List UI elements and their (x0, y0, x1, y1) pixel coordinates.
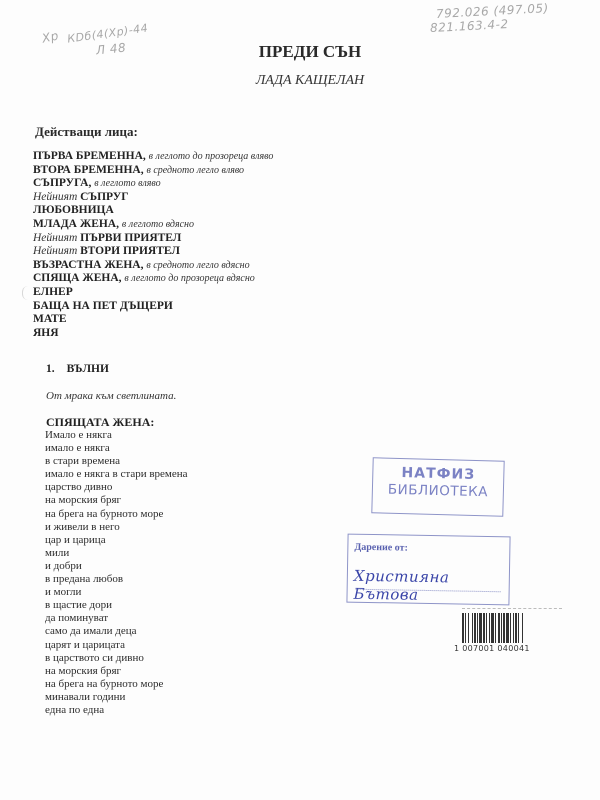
document-author: ЛАДА КАЩЕЛАН (0, 73, 600, 89)
library-stamp-line2: БИБЛИОТЕКА (373, 481, 503, 500)
cast-name: ЯНЯ (33, 327, 59, 339)
cast-name: ЛЮБОВНИЦА (33, 204, 114, 216)
verse-line: на морския бряг (45, 494, 188, 507)
verse-line: мили (45, 547, 188, 560)
cast-note: в леглото вдясно (122, 219, 194, 230)
scanned-document-page: Хр КDб(4(Хр)-44 Л 48 792.026 (497.05) 82… (0, 0, 600, 800)
donation-label: Дарение от: (354, 542, 408, 554)
verse-line: в царството си дивно (45, 652, 188, 665)
verse-lines: Имало е някгаимало е някгав стари времен… (45, 429, 188, 717)
verse-line: имало е някга (45, 442, 188, 455)
cast-item: МАТЕ (33, 313, 273, 327)
library-stamp-line1: НАТФИЗ (373, 464, 503, 483)
barcode-number: 1 007001 040041 (454, 644, 562, 653)
cast-name: ВЪЗРАСТНА ЖЕНА, (33, 259, 143, 271)
cast-heading: Действащи лица: (35, 124, 138, 140)
cast-item: СЪПРУГА, в леглото вляво (33, 177, 273, 191)
cast-prefix: Нейният (33, 245, 77, 257)
donation-stamp: Дарение от: Християна Бътова (346, 534, 510, 606)
verse-line: само да имали деца (45, 625, 188, 638)
cast-item: ЯНЯ (33, 327, 273, 341)
cast-name: ЕЛНЕР (33, 286, 73, 298)
barcode-icon (462, 613, 562, 643)
cast-item: Нейният ВТОРИ ПРИЯТЕЛ (33, 245, 273, 259)
cast-item: ВТОРА БРЕМЕННА, в средното легло вляво (33, 164, 273, 178)
cast-item: ВЪЗРАСТНА ЖЕНА, в средното легло вдясно (33, 259, 273, 273)
scan-edge-mark (22, 286, 29, 300)
scene-heading: 1.ВЪЛНИ (46, 363, 109, 375)
verse-line: имало е някга в стари времена (45, 468, 188, 481)
cast-list: ПЪРВА БРЕМЕННА, в леглото до прозореца в… (33, 150, 273, 340)
verse-line: и добри (45, 560, 188, 573)
cast-name: ПЪРВА БРЕМЕННА, (33, 150, 146, 162)
verse-line: на брега на бурното море (45, 508, 188, 521)
verse-line: в стари времена (45, 455, 188, 468)
verse-line: в щастие дори (45, 599, 188, 612)
cast-name: СПЯЩА ЖЕНА, (33, 272, 122, 284)
cast-name: МАТЕ (33, 313, 67, 325)
cast-name: ВТОРА БРЕМЕННА, (33, 164, 144, 176)
cast-name: МЛАДА ЖЕНА, (33, 218, 119, 230)
verse-line: минавали години (45, 691, 188, 704)
verse-line: и живели в него (45, 521, 188, 534)
cast-item: ЕЛНЕР (33, 286, 273, 300)
donor-signature: Християна Бътова (353, 567, 509, 606)
verse-line: една по една (45, 704, 188, 717)
cast-prefix: Нейният (33, 232, 77, 244)
cast-name: БАЩА НА ПЕТ ДЪЩЕРИ (33, 300, 173, 312)
cast-item: БАЩА НА ПЕТ ДЪЩЕРИ (33, 300, 273, 314)
cast-prefix: Нейният (33, 191, 77, 203)
verse-line: да поминуват (45, 612, 188, 625)
cast-note: в леглото вляво (94, 178, 160, 189)
cast-name: СЪПРУГ (80, 191, 128, 203)
handwritten-classification-2: 821.163.4-2 (430, 17, 509, 35)
verse-line: в предана любов (45, 573, 188, 586)
verse-line: и могли (45, 586, 188, 599)
speaker-name: СПЯЩАТА ЖЕНА: (46, 415, 154, 430)
verse-line: на брега на бурното море (45, 678, 188, 691)
document-title: ПРЕДИ СЪН (0, 42, 600, 62)
cast-item: Нейният ПЪРВИ ПРИЯТЕЛ (33, 232, 273, 246)
verse-line: цар и царица (45, 534, 188, 547)
verse-line: Имало е някга (45, 429, 188, 442)
cast-note: в леглото до прозореца вляво (149, 151, 274, 162)
cast-name: ПЪРВИ ПРИЯТЕЛ (80, 232, 181, 244)
cast-note: в леглото до прозореца вдясно (124, 273, 254, 284)
stage-direction: От мрака към светлината. (46, 390, 176, 402)
cast-item: ЛЮБОВНИЦА (33, 204, 273, 218)
cast-name: ВТОРИ ПРИЯТЕЛ (80, 245, 180, 257)
scene-title: ВЪЛНИ (67, 363, 109, 375)
cast-item: СПЯЩА ЖЕНА, в леглото до прозореца вдясн… (33, 272, 273, 286)
verse-line: царят и царицата (45, 639, 188, 652)
cast-name: СЪПРУГА, (33, 177, 91, 189)
library-stamp: НАТФИЗ БИБЛИОТЕКА (371, 457, 504, 516)
scene-number: 1. (46, 363, 55, 375)
cast-item: ПЪРВА БРЕМЕННА, в леглото до прозореца в… (33, 150, 273, 164)
verse-line: на морския бряг (45, 665, 188, 678)
cast-item: Нейният СЪПРУГ (33, 191, 273, 205)
barcode-cut-line (462, 608, 562, 609)
cast-item: МЛАДА ЖЕНА, в леглото вдясно (33, 218, 273, 232)
verse-line: царство дивно (45, 481, 188, 494)
cast-note: в средното легло вдясно (146, 260, 249, 271)
barcode-label: 1 007001 040041 (462, 608, 562, 653)
cast-note: в средното легло вляво (146, 165, 244, 176)
